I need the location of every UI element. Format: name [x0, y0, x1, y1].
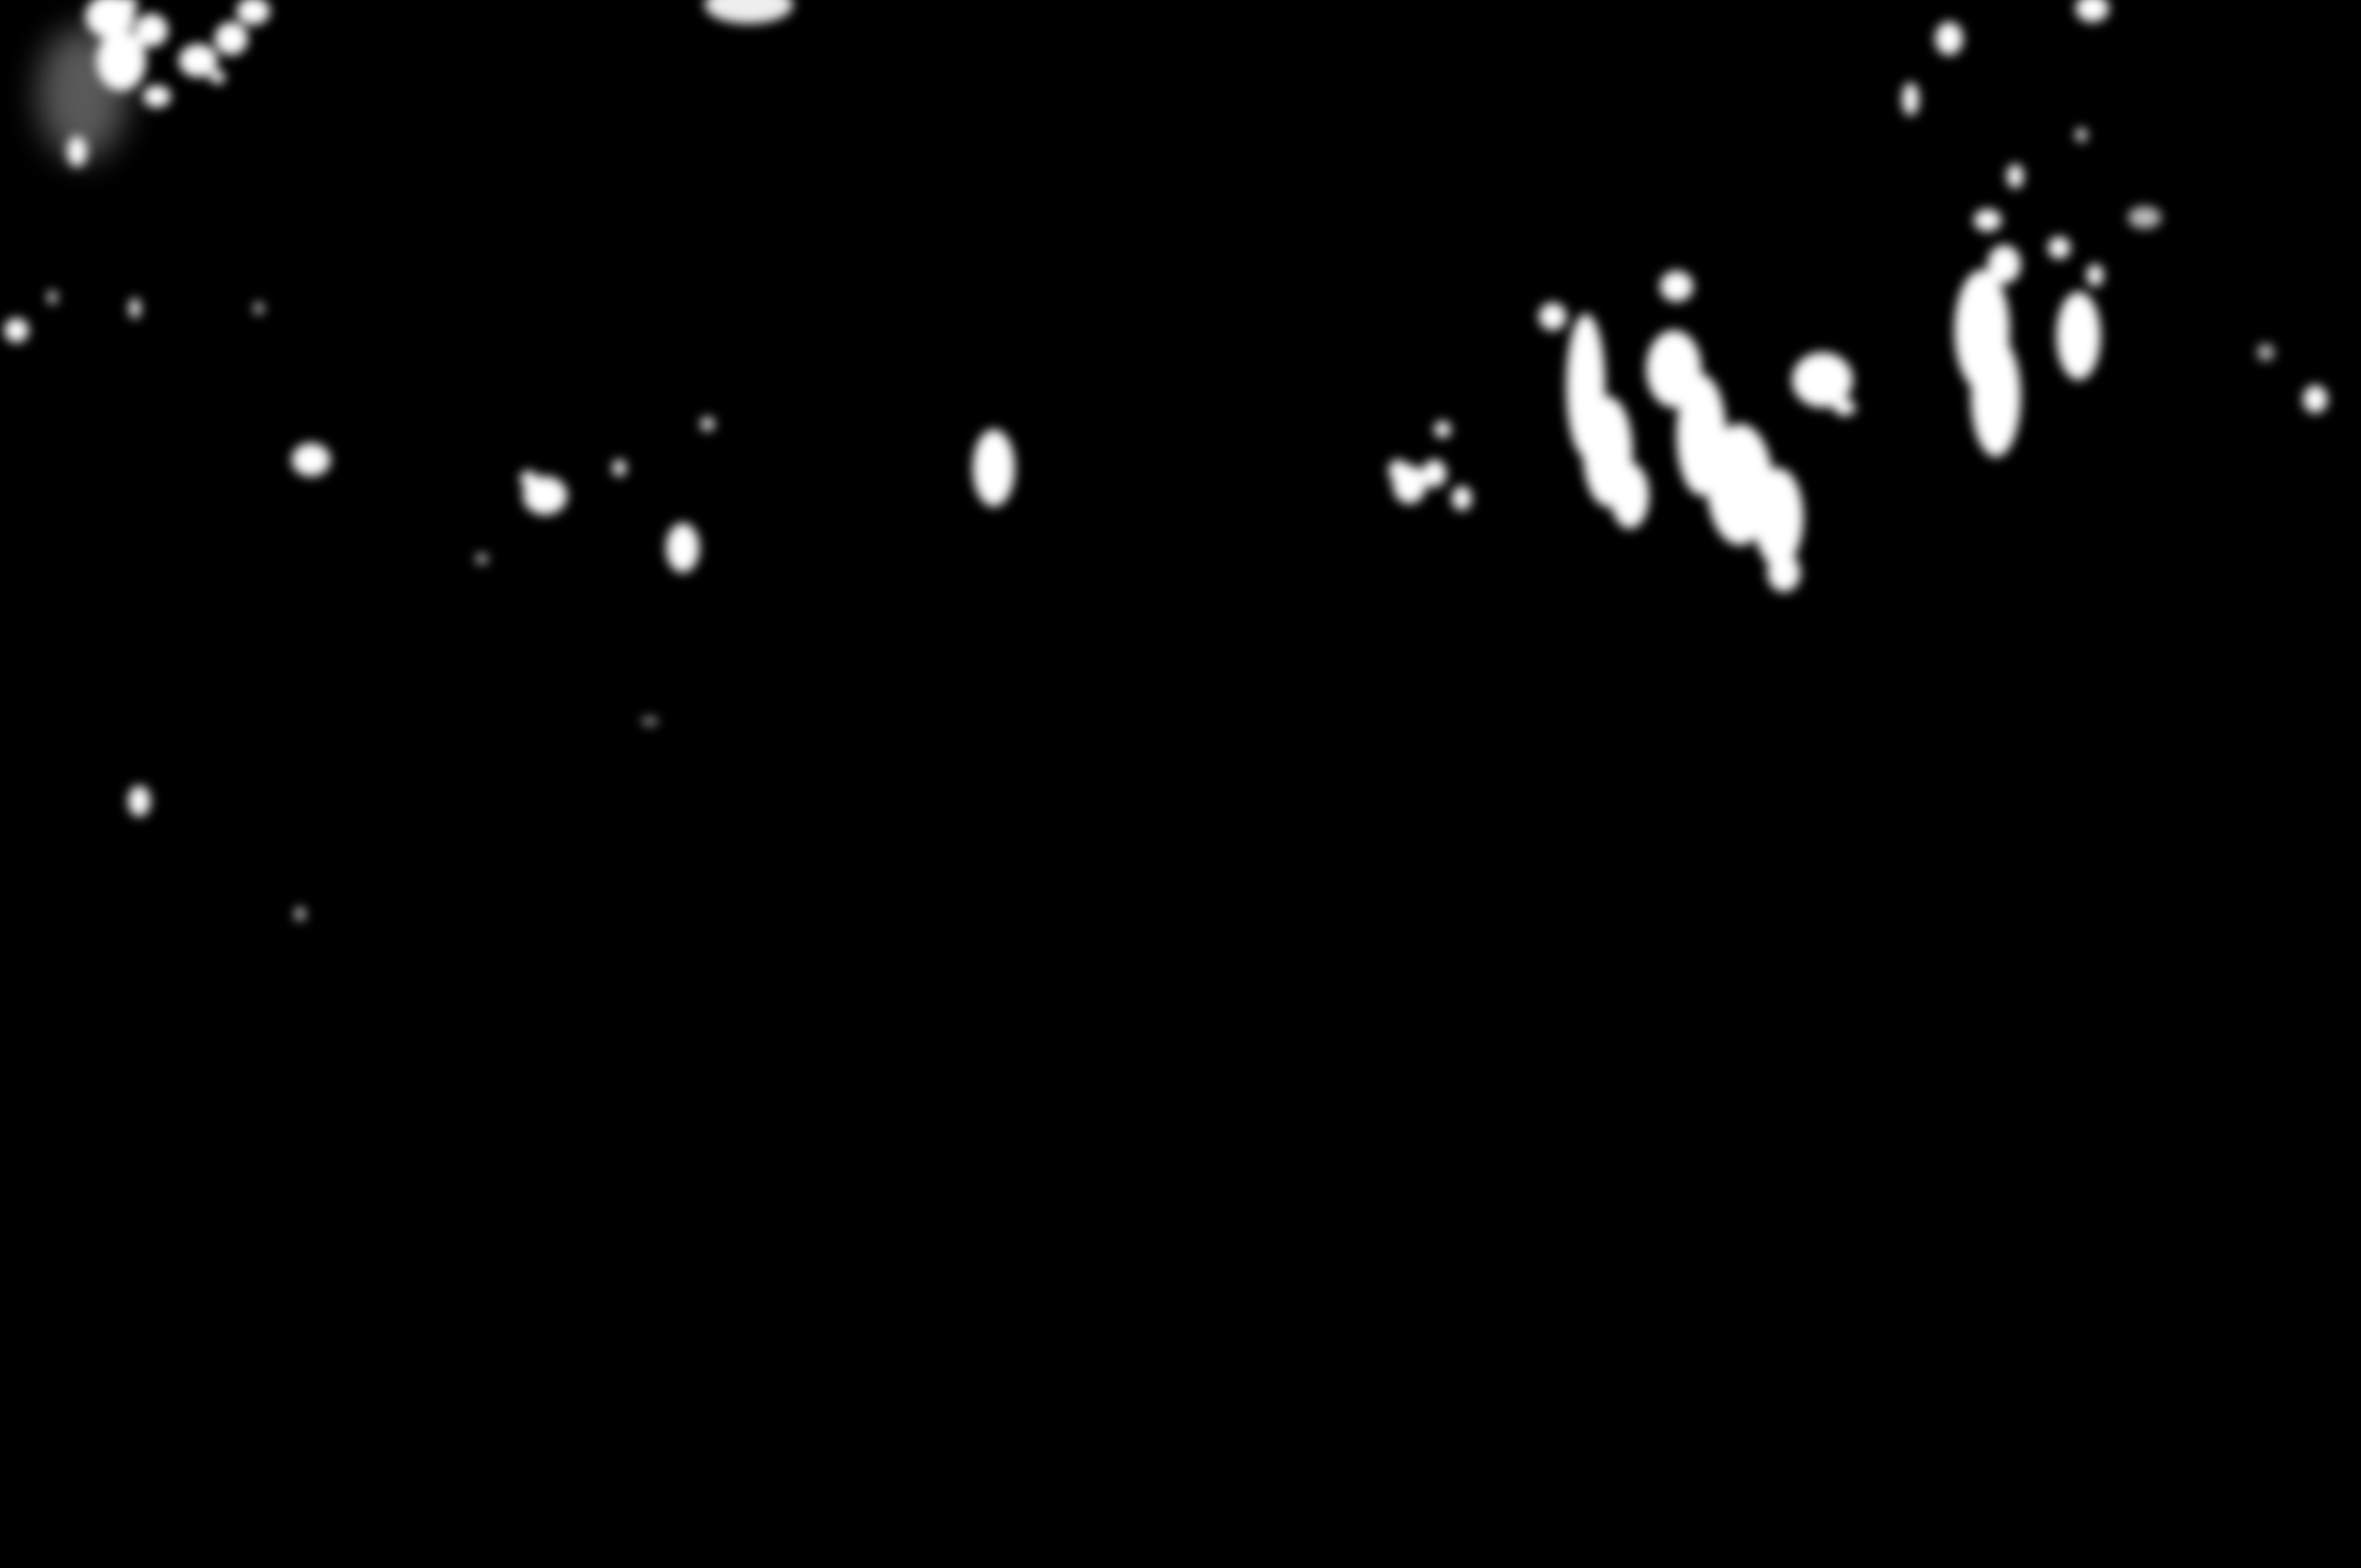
- cloud-mask-svg: [0, 0, 2361, 1568]
- cloud-mask-image: [0, 0, 2361, 1568]
- haze-top-left: [39, 28, 127, 160]
- cloud-center: [973, 429, 1015, 507]
- background: [0, 0, 2361, 1568]
